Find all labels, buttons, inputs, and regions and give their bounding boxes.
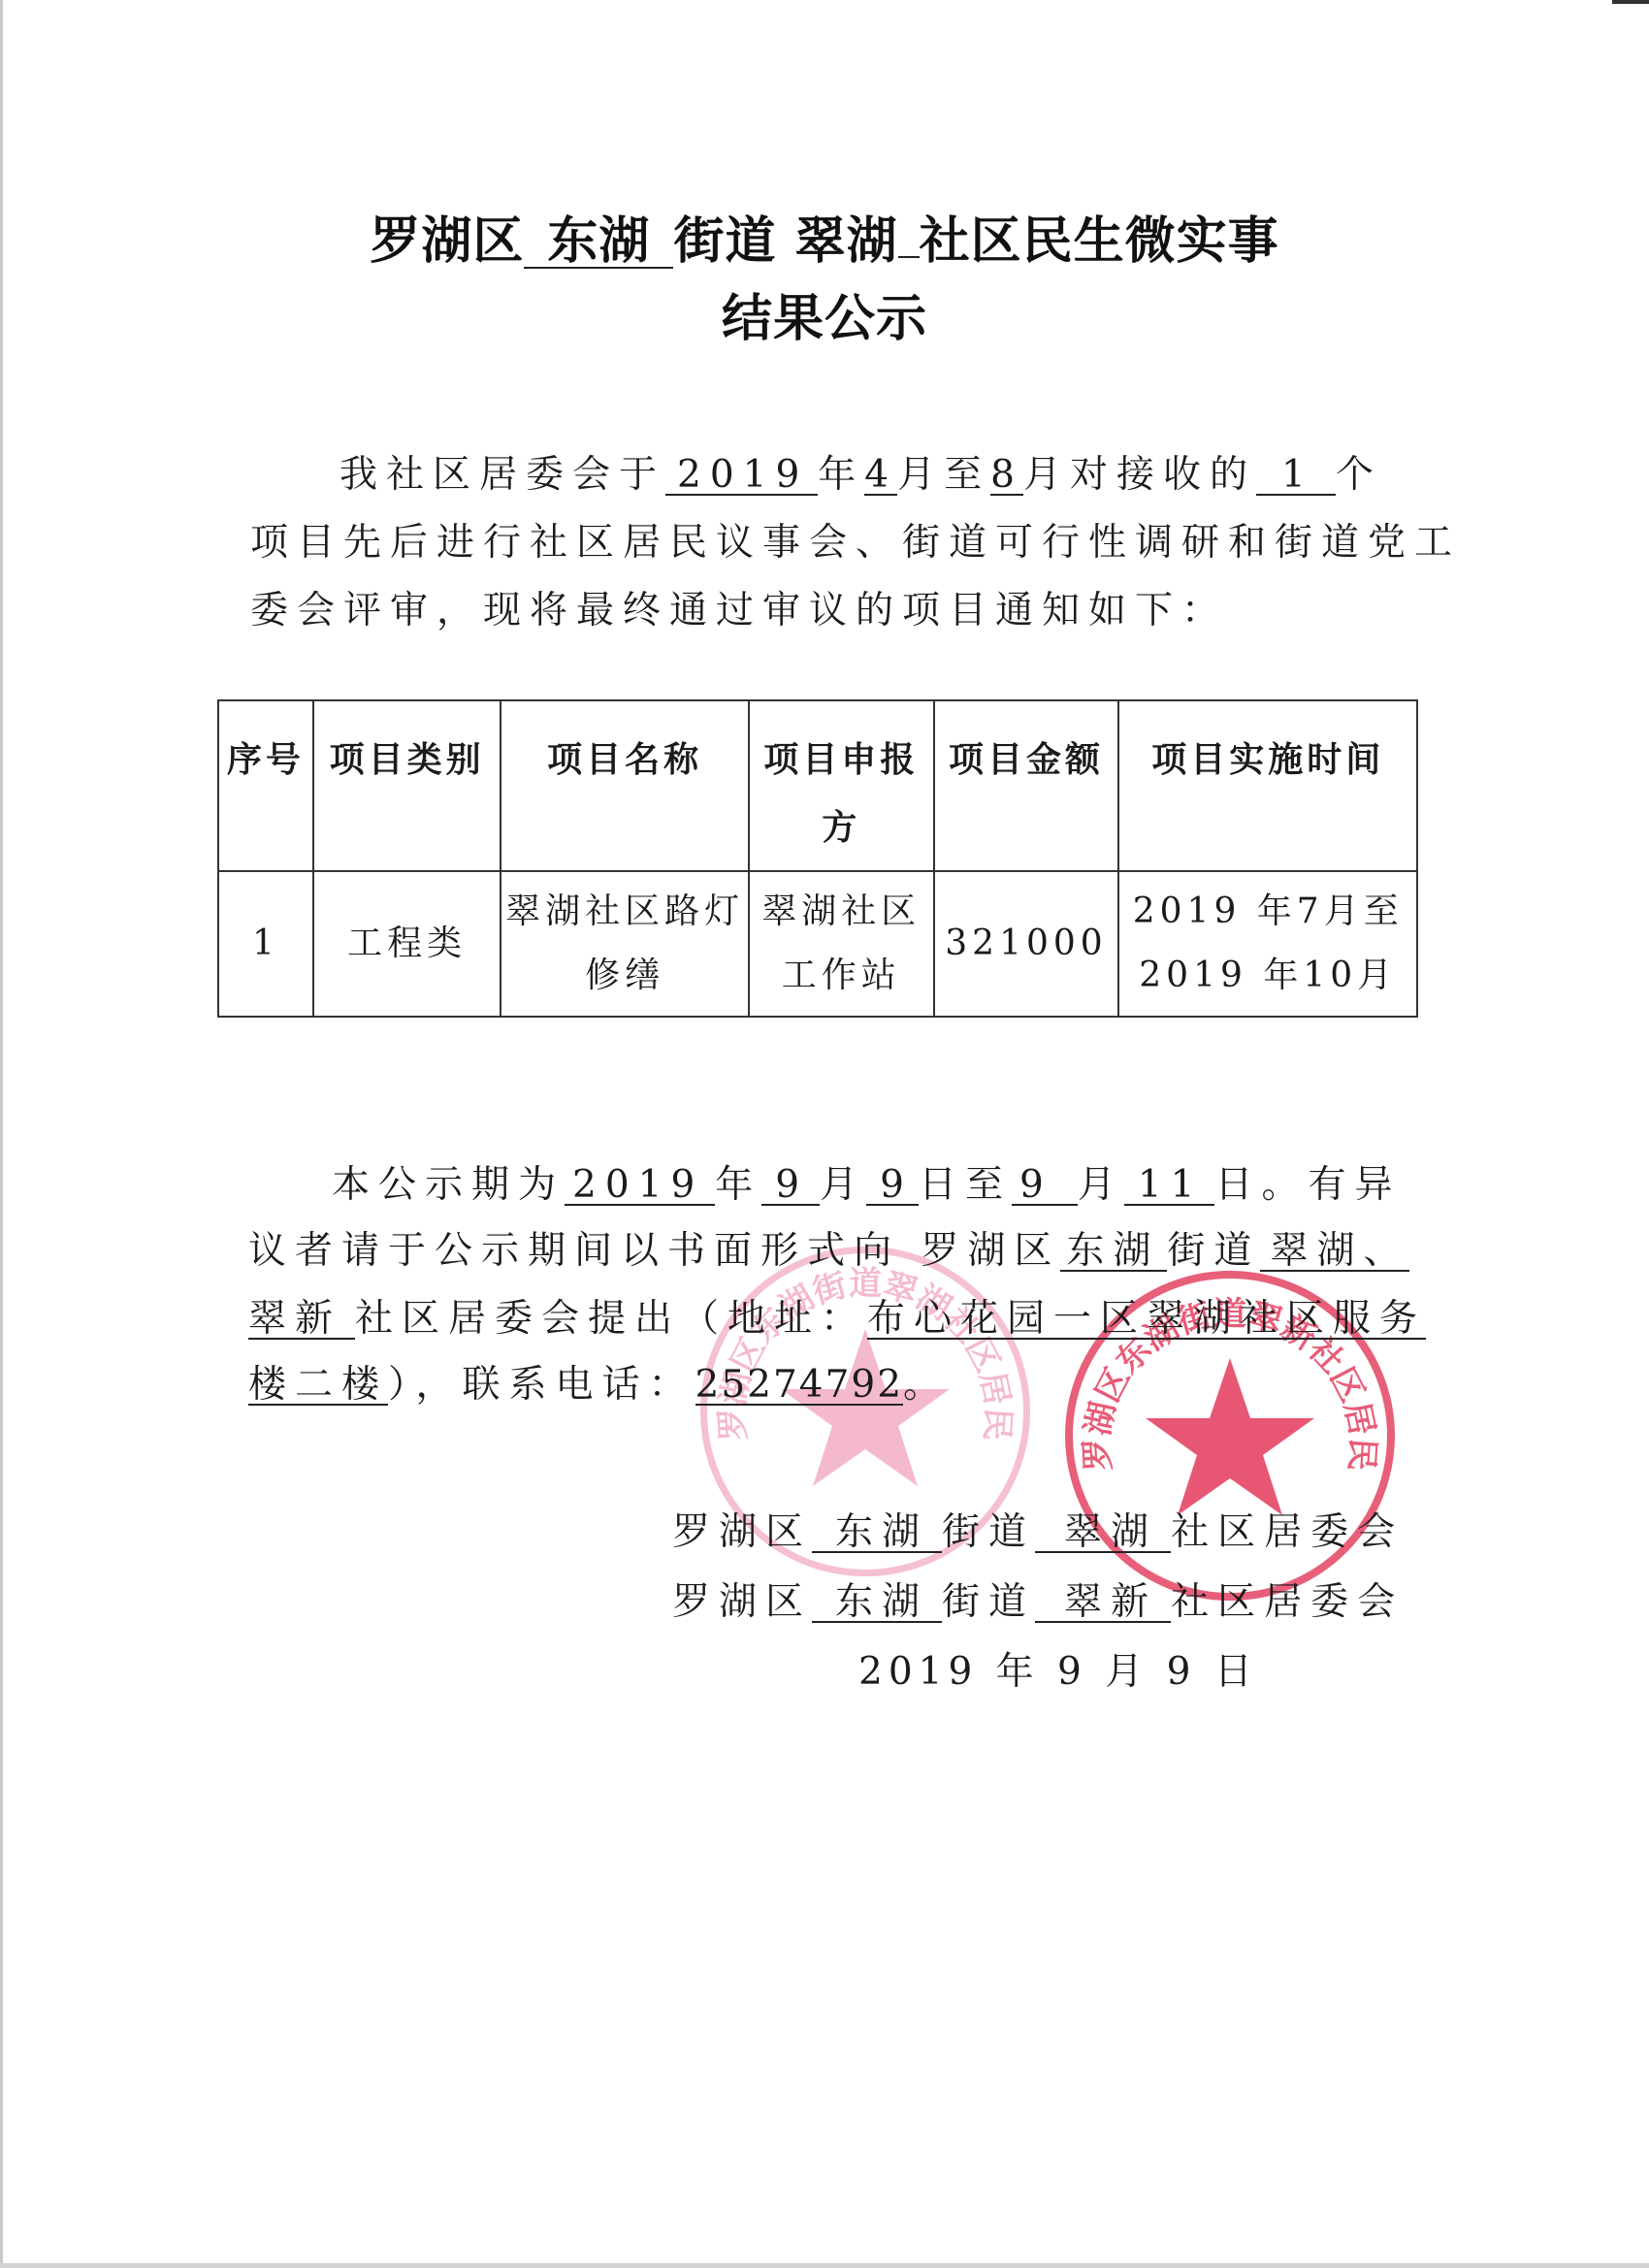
notice-community2: 翠新 [248,1297,341,1341]
sig2-suffix: 社区居委会 [1171,1580,1404,1624]
sig2-district: 罗湖区 [672,1580,812,1624]
notice-street-blank: 东湖 [1060,1232,1167,1272]
intro-line2: 项目先后进行社区居民议事会、街道可行性调研和街道党工 [250,512,1461,567]
sig2-community-blank: 翠新 [1035,1583,1171,1623]
intro-year-blank: 2019 [665,456,818,496]
cell-name-line1: 翠湖社区路灯 [505,891,744,931]
scan-edge-bottom [0,2263,1649,2268]
cell-category: 工程类 [313,871,501,1017]
intro-year-suffix: 年 [818,453,864,497]
header-applicant-line2: 方 [822,808,860,848]
cell-index: 1 [218,871,313,1017]
sig2-street-suffix: 街道 [942,1580,1035,1624]
title-rest: 社区民生微实事 [920,212,1279,271]
cell-period-line1: 2019 年7月至 [1133,891,1404,931]
notice-line2-prefix: 议者请于公示期间以书面形式向 罗湖区 [248,1229,1060,1273]
notice-address-part1: 布心花园一区翠湖社区服务 [867,1297,1426,1341]
intro-year: 2019 [677,453,808,497]
header-period: 项目实施时间 [1118,700,1417,871]
notice-address1-blank: 布心花园一区翠湖社区服务 [867,1300,1426,1340]
notice-day2: 11 [1138,1163,1204,1207]
sig2-street: 东湖 [835,1580,928,1624]
title-district: 罗湖区 [370,212,524,271]
header-category: 项目类别 [313,700,501,871]
title-community: 翠湖 [795,212,898,271]
notice-month2-suffix: 月 [1078,1163,1124,1207]
notice-address-part2: 楼二楼 [248,1363,388,1407]
signature-date: 2019 年 9 月 9 日 [858,1641,1258,1696]
intro-mid: 月对接收的 [1023,453,1256,497]
notice-day2-blank: 11 [1124,1166,1215,1206]
intro-start-month: 4 [864,453,897,497]
notice-month-suffix: 月 [820,1163,866,1207]
notice-month2-blank: 9 [1012,1166,1078,1206]
notice-suffix: 日。有异 [1214,1163,1401,1207]
notice-community2-blank: 翠新 [248,1300,355,1340]
notice-line1: 本公示期为2019年9月9日至9月11日。有异 [332,1154,1401,1209]
header-amount: 项目金额 [934,700,1119,871]
notice-prefix: 本公示期为 [332,1163,565,1207]
notice-month2: 9 [1019,1163,1052,1207]
sig1-street-blank: 东湖 [812,1513,942,1553]
document-title-line2: 结果公示 [0,277,1649,350]
title-street: 东湖 [547,212,650,271]
notice-address2-blank: 楼二楼 [248,1366,388,1406]
document-title-line1: 罗湖区东湖街道 翠湖社区民生微实事 [0,200,1649,273]
notice-year-suffix: 年 [715,1163,761,1207]
notice-line3: 翠新社区居委会提出（地址：布心花园一区翠湖社区服务 [248,1288,1426,1343]
intro-line3: 委会评审，现将最终通过审议的项目通知如下： [250,580,1228,634]
sig2-community: 翠新 [1064,1580,1157,1624]
intro-count: 1 [1281,453,1314,497]
notice-street-suffix: 街道 [1167,1229,1260,1273]
table-header-row: 序号 项目类别 项目名称 项目申报方 项目金额 项目实施时间 [218,700,1417,871]
notice-community1: 翠湖、 [1270,1229,1409,1273]
sig1-suffix: 社区居委会 [1171,1510,1404,1554]
intro-line1: 我社区居委会于2019年4月至8月对接收的1个 [339,444,1382,499]
sig2-street-blank: 东湖 [812,1583,942,1623]
cell-period-line2: 2019 年10月 [1139,956,1397,995]
cell-name: 翠湖社区路灯修缮 [501,871,748,1017]
notice-line4: 楼二楼），联系电话：25274792。 [248,1354,950,1409]
projects-table: 序号 项目类别 项目名称 项目申报方 项目金额 项目实施时间 1 工程类 翠湖社… [217,699,1418,1018]
notice-end: 。 [903,1363,950,1407]
notice-day1: 9 [880,1163,913,1207]
cell-applicant-line1: 翠湖社区 [761,891,921,931]
title-community-blank [898,256,920,258]
header-index: 序号 [218,700,313,871]
intro-count-blank: 1 [1256,456,1336,496]
intro-to: 月至 [897,453,990,497]
header-applicant: 项目申报方 [749,700,934,871]
signature-org2: 罗湖区东湖街道翠新社区居委会 [672,1571,1404,1626]
table-row: 1 工程类 翠湖社区路灯修缮 翠湖社区工作站 321000 2019 年7月至2… [218,871,1417,1017]
cell-name-line2: 修缮 [585,956,664,995]
intro-suffix: 个 [1336,453,1382,497]
signature-org1: 罗湖区东湖街道翠湖社区居委会 [672,1502,1404,1556]
title-street-blank: 东湖 [524,216,673,269]
notice-street: 东湖 [1066,1229,1159,1273]
notice-month1: 9 [775,1163,808,1207]
sig1-district: 罗湖区 [672,1510,812,1554]
intro-prefix: 我社区居委会于 [339,453,665,497]
notice-line3-mid: 社区居委会提出（地址： [355,1297,867,1341]
sig1-street: 东湖 [835,1510,928,1554]
notice-phone: 25274792 [695,1363,904,1407]
intro-end-month: 8 [990,453,1023,497]
notice-day1-blank: 9 [866,1166,919,1206]
intro-start-month-blank: 4 [864,456,897,496]
notice-community1-blank: 翠湖、 [1260,1232,1409,1272]
scan-corner-mark [1612,0,1649,4]
intro-end-month-blank: 8 [990,456,1023,496]
notice-year-blank: 2019 [565,1166,715,1206]
header-applicant-line1: 项目申报 [763,740,919,780]
sig1-community: 翠湖 [1064,1510,1157,1554]
title-street-suffix: 街道 [673,212,776,271]
notice-line4-mid: ），联系电话： [388,1363,695,1407]
cell-applicant: 翠湖社区工作站 [749,871,934,1017]
cell-applicant-line2: 工作站 [782,956,901,995]
notice-month1-blank: 9 [761,1166,820,1206]
notice-phone-blank: 25274792 [695,1366,904,1406]
header-name: 项目名称 [501,700,748,871]
notice-line2: 议者请于公示期间以书面形式向 罗湖区东湖街道翠湖、 [248,1220,1409,1275]
cell-amount: 321000 [934,871,1119,1017]
notice-to: 日至 [919,1163,1012,1207]
notice-year: 2019 [572,1163,703,1207]
cell-period: 2019 年7月至2019 年10月 [1118,871,1417,1017]
sig1-street-suffix: 街道 [942,1510,1035,1554]
sig1-community-blank: 翠湖 [1035,1513,1171,1553]
